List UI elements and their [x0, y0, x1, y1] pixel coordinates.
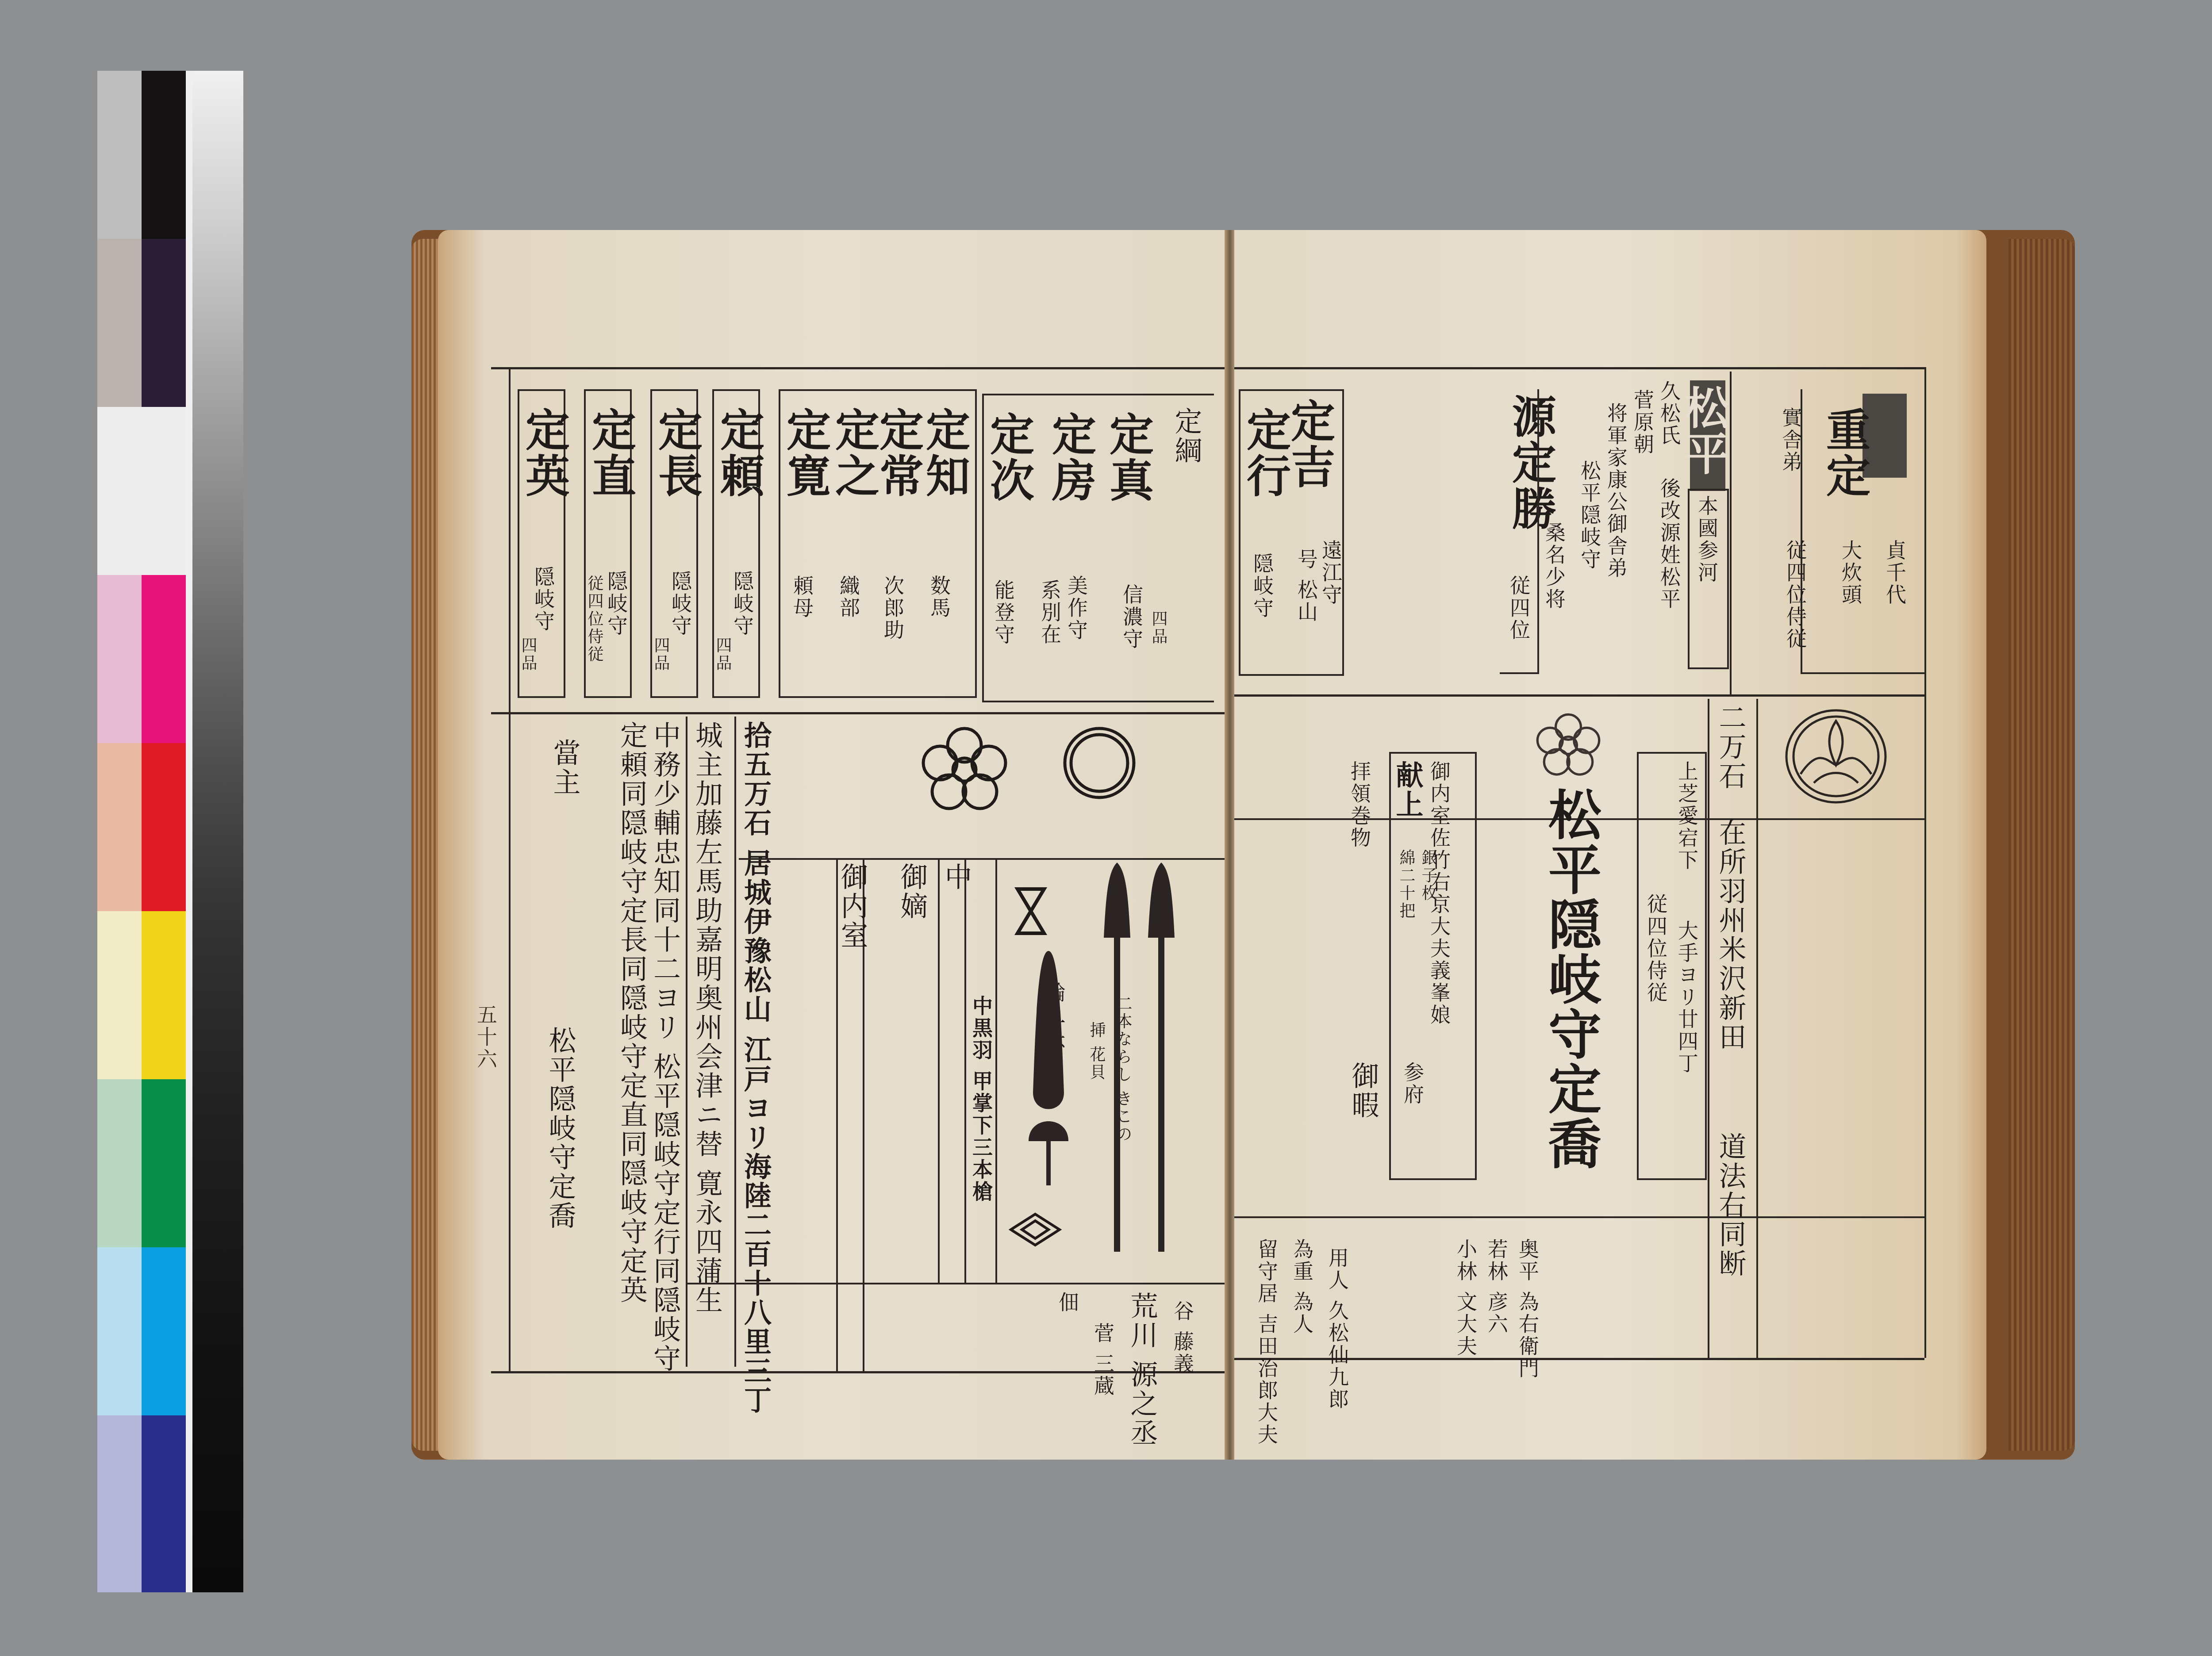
left-border — [509, 367, 511, 1371]
column-rule — [734, 717, 736, 1367]
column-rule — [1756, 699, 1758, 1358]
top-rule — [1234, 367, 1924, 369]
jiryo-label: 拝領巻物 — [1349, 761, 1370, 849]
checker-patch — [97, 743, 142, 911]
clan-name-block: 松平 — [1690, 380, 1725, 491]
retainer-line: 留守居 吉田治郎大夫 — [1256, 1238, 1277, 1446]
top-rule — [491, 367, 1225, 369]
checker-patch — [142, 1415, 186, 1592]
checker-patch — [142, 743, 186, 911]
entry-sadahide-rank: 四品 — [520, 637, 536, 672]
retainer-line: 用人 久松仙九郎 — [1327, 1247, 1348, 1411]
residence: 在所羽州米沢新田 — [1717, 818, 1744, 1052]
folio-number: 五十六 — [476, 1004, 496, 1070]
entry-sadatomo-title: 数馬 — [929, 575, 949, 619]
lineage-line: 将軍家康公御舎弟 — [1606, 402, 1626, 579]
history-line-2: 城主加藤左馬助嘉明奥州会津ニ替 寛永四蒲生 — [690, 721, 723, 1362]
entry-sadayuki-title: 隠岐守 — [1252, 553, 1272, 619]
entry-sadahiro: 定寛 — [783, 407, 827, 499]
entry-sadanaga-title: 隠岐守 — [670, 571, 691, 637]
entry-sadanao: 定直 — [588, 407, 633, 499]
entry-sadahide-title: 隠岐守 — [533, 566, 553, 632]
lineage-line: 松平隠岐守 — [1579, 460, 1600, 571]
entry-sadanao-rank: 従四位侍従 — [586, 575, 602, 663]
history-line-3: 中務少輔忠知同十二ヨリ 松平隠岐守定行同隠岐守 — [648, 721, 681, 1362]
lineage-line: 久松氏 — [1659, 380, 1679, 447]
checker-patch — [97, 407, 142, 575]
right-page: 貞千代 重定 實舎弟 大炊頭 従四位侍従 松平 本國参河 久松氏 後改源姓松平 … — [1234, 230, 1986, 1460]
column-rule — [938, 858, 940, 1283]
checker-patch — [142, 239, 186, 407]
entry-sadatsugu-title: 能登守 — [993, 579, 1014, 646]
entry-shigesada-title: 大炊頭 — [1840, 540, 1861, 606]
entry-sadayoshi-title: 遠江守 — [1321, 540, 1341, 606]
lord-name: 松平隠岐守定喬 — [1544, 787, 1597, 1171]
current-lord-name: 松平隠岐守定喬 — [546, 1026, 574, 1230]
umebachi-crest-icon — [920, 725, 1009, 814]
kenjo-label: 献上 — [1394, 761, 1421, 819]
inner-chamber-label: 御内室 — [838, 862, 866, 950]
current-lord-label: 當主 — [551, 739, 578, 797]
tall-spear-icon — [1102, 858, 1133, 1256]
checker-saturated-column — [142, 71, 186, 1592]
checker-patch — [97, 1079, 142, 1247]
checker-patch — [142, 1079, 186, 1247]
entry-sadafusa: 定房 — [1048, 411, 1093, 503]
distance-from-otemon: 大手ヨリ廿四丁 — [1677, 920, 1697, 1075]
entry-sadayoshi-go: 号 松山 — [1296, 548, 1317, 623]
entry-sadayori-title: 隠岐守 — [732, 571, 753, 637]
checker-gray-scale — [192, 71, 243, 1592]
entry-sadahide: 定英 — [522, 407, 566, 499]
checker-patch — [97, 911, 142, 1079]
entry-sadatsuna: 定綱 — [1172, 407, 1200, 465]
road-distance: 道法右同断 — [1717, 1132, 1744, 1278]
entry-shigesada-rank: 従四位侍従 — [1785, 540, 1805, 650]
checker-patch — [97, 575, 142, 743]
column-rule — [686, 717, 687, 1367]
history-line-4: 定頼同隠岐守定長同隠岐守定直同隠岐守定英 — [615, 721, 648, 1362]
entry-sadazane: 定真 — [1106, 411, 1150, 503]
kokudaka: 二万石 — [1717, 703, 1744, 791]
entry-sadatsune-title: 次郎助 — [883, 575, 903, 641]
entry-sadazane-rank: 四品 — [1150, 610, 1166, 646]
entry-sadanaga-rank: 四品 — [653, 637, 668, 672]
entry-sadafusa-title: 美作守 — [1066, 575, 1087, 641]
column-rule — [1708, 699, 1709, 1358]
retainer-name: 荒川 源之丞 — [1128, 1292, 1156, 1448]
table-rule — [1234, 1216, 1924, 1218]
entry-box — [1500, 389, 1539, 674]
lineage-line: 後改源姓松平 — [1659, 478, 1679, 610]
entry-sadatsune: 定常 — [876, 407, 920, 499]
entry-sadayori: 定頼 — [717, 407, 761, 499]
column-rule — [1730, 372, 1732, 694]
entry-sadafusa-note: 系別在 — [1040, 579, 1060, 646]
checker-patch — [97, 1247, 142, 1415]
color-checker-card — [97, 71, 239, 1592]
entry-sadayoshi: 定吉 — [1287, 398, 1332, 490]
tall-spear-icon — [1146, 858, 1177, 1256]
mid-rule — [491, 712, 1225, 714]
entry-shigesada: 重定 — [1823, 407, 1867, 499]
checker-patch — [142, 1247, 186, 1415]
kago-label: 中黒羽 甲掌下三本槍 — [971, 995, 991, 1203]
checker-pastel-column — [97, 71, 142, 1592]
entry-sadanao-title: 隠岐守 — [606, 571, 626, 637]
book-right-edge — [2008, 239, 2075, 1451]
bottom-rule — [491, 1371, 1225, 1373]
kenjo-item: 銀子枚 — [1420, 849, 1436, 902]
entry-sadayuki2: 定之 — [832, 407, 876, 499]
retainer-line: 為重 為人 — [1292, 1238, 1312, 1335]
home-province: 本國参河 — [1697, 495, 1717, 584]
heir-label: 御嫡 — [898, 862, 926, 921]
checker-patch — [142, 575, 186, 743]
sankin-month: 参府 — [1402, 1062, 1423, 1106]
retainer-name: 谷 藤義 — [1172, 1300, 1193, 1375]
entry-sadayori-rank: 四品 — [714, 637, 730, 672]
column-rule — [964, 858, 966, 1283]
crane-crest-icon — [1783, 708, 1889, 805]
open-book: 定英 隠岐守 四品 定直 隠岐守 従四位侍従 定長 隠岐守 四品 定頼 隠岐守 … — [411, 230, 2075, 1460]
retainer-name: 佃 — [1057, 1292, 1078, 1314]
umebachi-crest-icon — [1535, 712, 1601, 778]
retainer-name: 菅 三蔵 — [1093, 1322, 1113, 1397]
entry-sadahiro-title: 頼母 — [792, 575, 812, 619]
ring-crest-icon — [1062, 725, 1137, 801]
entry-sadanaga: 定長 — [655, 407, 699, 499]
lord-rank: 従四位侍従 — [1646, 893, 1666, 1004]
middle-label: 中 — [942, 862, 970, 892]
history-line-1: 拾五万石 居城伊豫松山 江戸ヨリ海陸二百十八里三丁 — [739, 721, 772, 1362]
retainer-line: 小林 文大夫 — [1455, 1238, 1476, 1357]
column-rule — [995, 858, 997, 1283]
checker-patch — [142, 911, 186, 1079]
entry-sadayuki2-title: 織部 — [838, 575, 859, 619]
entry-sadatomo: 定知 — [922, 407, 967, 499]
entry-sadazane-title: 信濃守 — [1121, 584, 1142, 650]
hourglass-mark-icon — [1013, 885, 1048, 938]
oitoma-label: 御暇 — [1349, 1062, 1377, 1120]
spear-sheath-icon — [1022, 947, 1075, 1194]
entry-sadayuki: 定行 — [1243, 407, 1287, 499]
left-page: 定英 隠岐守 四品 定直 隠岐守 従四位侍従 定長 隠岐守 四品 定頼 隠岐守 … — [438, 230, 1225, 1460]
checker-patch — [97, 239, 142, 407]
checker-patch — [97, 71, 142, 239]
mid-rule — [1234, 694, 1924, 697]
kenjo-item: 綿二十把 — [1398, 849, 1414, 920]
diamond-crest-icon — [1009, 1212, 1062, 1247]
entry-sadakatsu-title: 桑名少将 — [1544, 522, 1564, 610]
checker-patch — [142, 71, 186, 239]
retainer-line: 奥平 為右衛門 — [1517, 1238, 1538, 1380]
retainer-line: 若林 彦六 — [1486, 1238, 1507, 1335]
lineage-line: 菅原朝 — [1632, 389, 1653, 456]
kamiyashiki: 上芝愛宕下 — [1677, 761, 1697, 871]
table-rule — [686, 1283, 1225, 1284]
entry-shigesada-sub: 實舎弟 — [1781, 407, 1801, 473]
checker-patch — [97, 1415, 142, 1592]
entry-sadatsugu: 定次 — [987, 411, 1031, 503]
checker-patch — [142, 407, 186, 575]
book-gutter — [1225, 230, 1235, 1460]
